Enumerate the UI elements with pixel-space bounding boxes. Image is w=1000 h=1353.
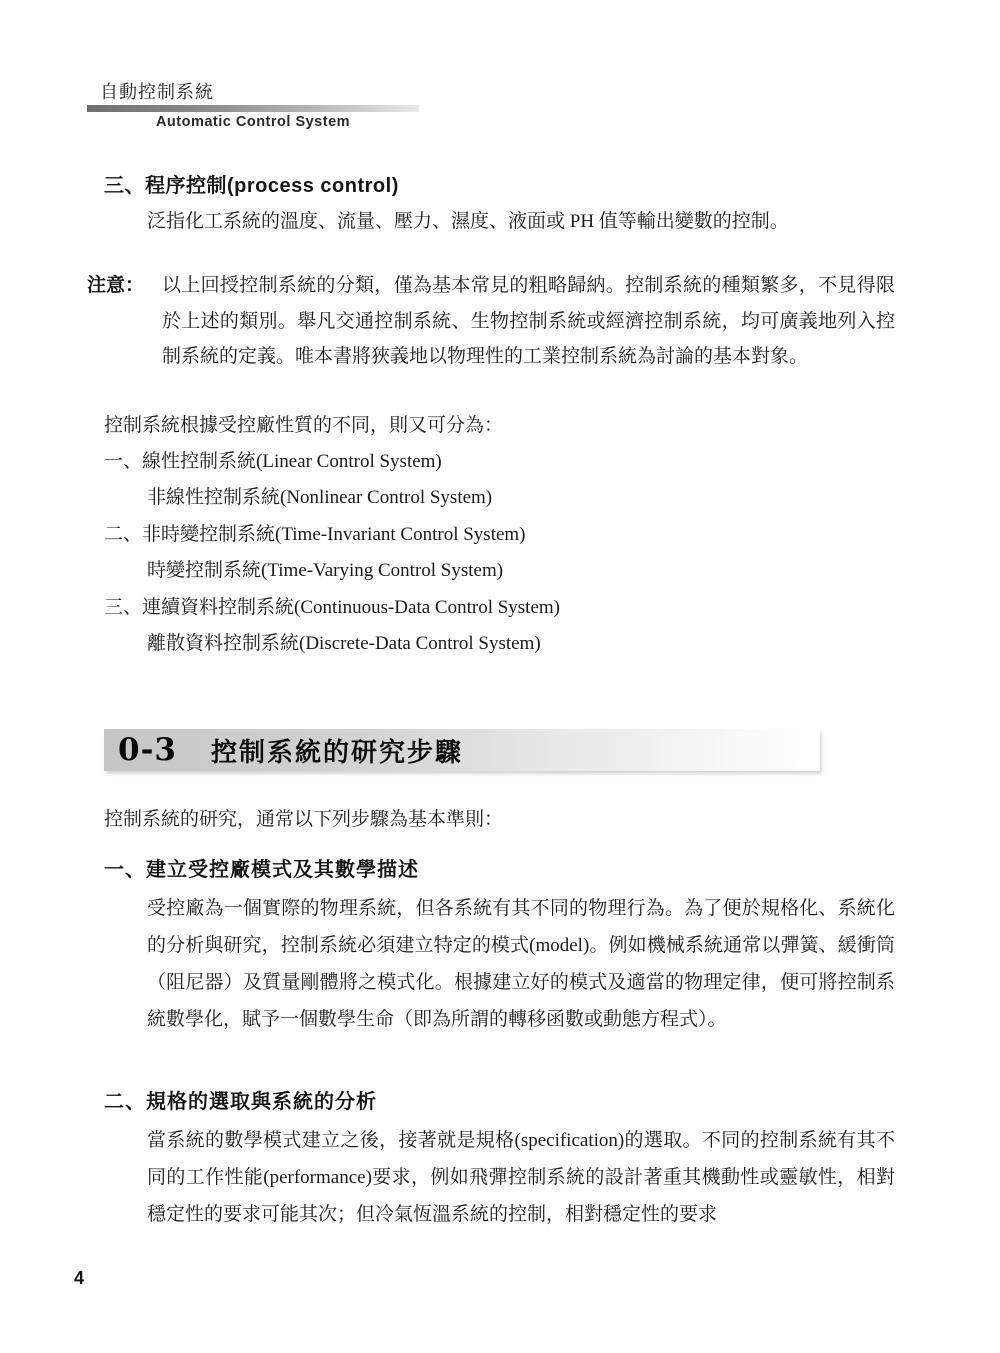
note-text: 以上回授控制系統的分類，僅為基本常見的粗略歸納。控制系統的種類繁多，不見得限於上… [162, 268, 895, 375]
step-heading-2: 二、規格的選取與系統的分析 [104, 1085, 377, 1114]
header-title-en: Automatic Control System [87, 114, 419, 130]
section-number: 0-3 [118, 732, 177, 768]
step-body-1: 受控廠為一個實際的物理系統，但各系統有其不同的物理行為。為了便於規格化、系統化的… [147, 890, 895, 1038]
list-item-secondary: 離散資料控制系統(Discrete-Data Control System) [147, 626, 896, 662]
list-item: 三、連續資料控制系統(Continuous-Data Control Syste… [104, 590, 896, 626]
step-body-2: 當系統的數學模式建立之後，接著就是規格(specification)的選取。不同… [147, 1122, 895, 1233]
note-label: 注意： [87, 268, 162, 304]
list-item: 一、線性控制系統(Linear Control System) [104, 444, 896, 480]
note-block: 注意： 以上回授控制系統的分類，僅為基本常見的粗略歸納。控制系統的種類繁多，不見… [87, 268, 895, 375]
study-intro: 控制系統的研究，通常以下列步驟為基本準則： [104, 804, 503, 831]
list-item-label: 一、 [104, 451, 142, 472]
section-body-process-control: 泛指化工系統的溫度、流量、壓力、濕度、液面或 PH 值等輸出變數的控制。 [147, 207, 907, 237]
header-gradient-bar [87, 105, 419, 112]
section-title: 控制系統的研究步驟 [211, 732, 463, 769]
classification-intro: 控制系統根據受控廠性質的不同，則又可分為： [104, 410, 503, 437]
list-item-secondary: 非線性控制系統(Nonlinear Control System) [147, 480, 896, 516]
list-item-primary: 連續資料控制系統(Continuous-Data Control System) [142, 597, 560, 618]
classification-list: 一、線性控制系統(Linear Control System) 非線性控制系統(… [104, 444, 896, 662]
list-item-primary: 非時變控制系統(Time-Invariant Control System) [142, 524, 526, 545]
list-item-secondary: 時變控制系統(Time-Varying Control System) [147, 553, 896, 589]
section-heading-process-control: 三、程序控制(process control) [104, 169, 399, 198]
list-item-label: 三、 [104, 597, 142, 618]
step-heading-1: 一、建立受控廠模式及其數學描述 [104, 853, 419, 882]
header-title-zh: 自動控制系統 [100, 78, 214, 104]
list-item-primary: 線性控制系統(Linear Control System) [142, 451, 442, 472]
document-page: 自動控制系統 Automatic Control System 三、程序控制(p… [0, 0, 1000, 1353]
list-item: 二、非時變控制系統(Time-Invariant Control System) [104, 517, 896, 553]
page-number: 4 [74, 1268, 84, 1289]
list-item-label: 二、 [104, 524, 142, 545]
section-banner: 0-3 控制系統的研究步驟 [104, 729, 820, 771]
